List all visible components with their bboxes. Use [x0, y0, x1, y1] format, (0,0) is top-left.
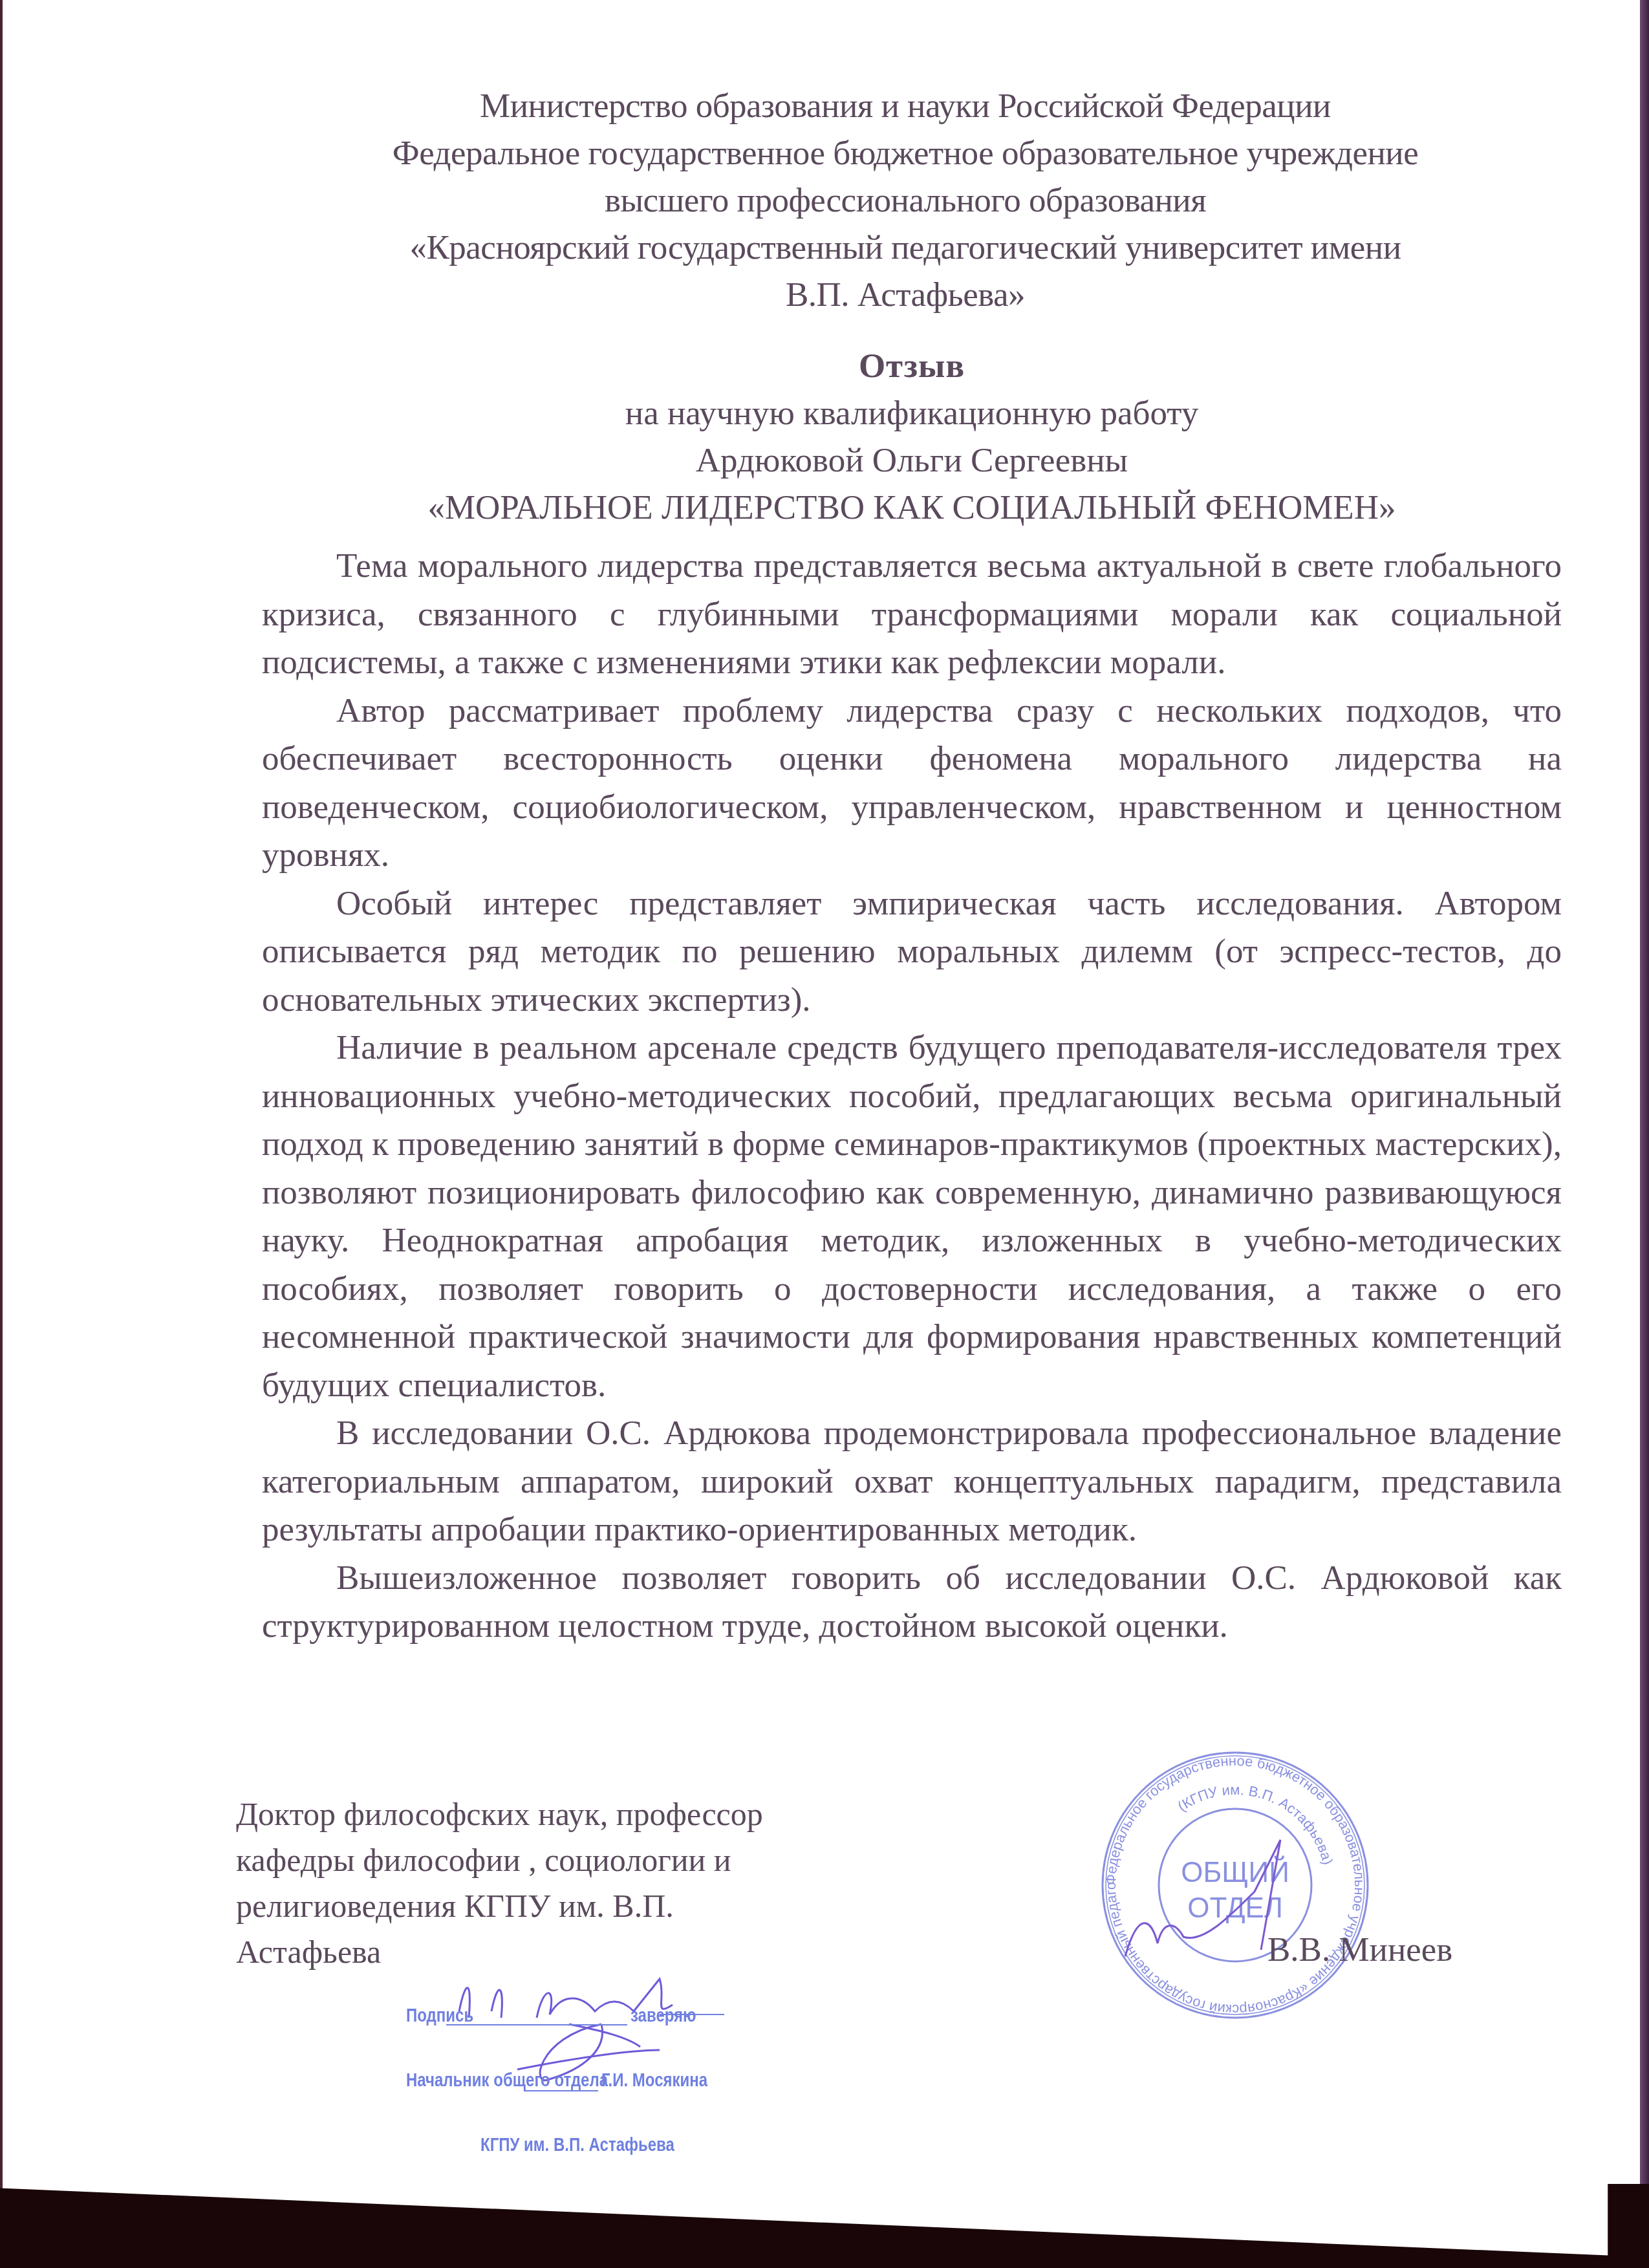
signer-name: В.В. Минеев — [1267, 1930, 1452, 1969]
scan-right-edge — [1640, 0, 1649, 2268]
paragraph: Особый интерес представляет эмпирическая… — [262, 880, 1562, 1024]
position-line: Доктор философских наук, профессор — [236, 1791, 883, 1837]
head-name: Г.И. Мосякина — [601, 2069, 707, 2091]
signature-certification: Подпись заверяю Начальник общего отдела … — [388, 1940, 1035, 2173]
header-line: В.П. Астафьева» — [323, 272, 1487, 319]
title-block: Отзыв на научную квалификационную работу… — [246, 343, 1578, 532]
paragraph: Тема морального лидерства представляется… — [262, 542, 1562, 687]
header-line: «Красноярский государственный педагогиче… — [323, 224, 1487, 272]
org-name: КГПУ им. В.П. Астафьева — [480, 2134, 674, 2156]
official-stamp-icon: Федеральное государственное бюджетное об… — [1099, 1749, 1371, 2021]
document-subtitle: на научную квалификационную работу — [246, 390, 1578, 437]
paragraph: Вышеизложенное позволяет говорить об исс… — [262, 1554, 1562, 1650]
document-body: Тема морального лидерства представляется… — [262, 542, 1562, 1650]
scan-left-edge — [0, 0, 3, 2268]
position-line: кафедры философии , социологии и — [236, 1837, 883, 1883]
paragraph: В исследовании О.С. Ардюкова продемонстр… — [262, 1409, 1562, 1554]
scan-bottom-shadow — [0, 2184, 1649, 2268]
signature-line — [446, 2024, 627, 2025]
header-line: Министерство образования и науки Российс… — [323, 83, 1487, 130]
signature-label: Подпись — [406, 2005, 473, 2027]
header-line: высшего профессионального образования — [323, 177, 1487, 224]
certify-label: заверяю — [630, 2005, 696, 2027]
paragraph: Автор рассматривает проблему лидерства с… — [262, 687, 1562, 880]
position-line: религиоведения КГПУ им. В.П. — [236, 1883, 883, 1929]
document-header: Министерство образования и науки Российс… — [323, 83, 1487, 319]
header-line: Федеральное государственное бюджетное об… — [323, 130, 1487, 177]
head-label: Начальник общего отдела — [406, 2069, 608, 2091]
document-type: Отзыв — [246, 343, 1578, 390]
paragraph: Наличие в реальном арсенале средств буду… — [262, 1024, 1562, 1409]
signature-line-ext — [660, 2014, 724, 2015]
author-name: Ардюковой Ольги Сергеевны — [246, 437, 1578, 484]
work-title: «МОРАЛЬНОЕ ЛИДЕРСТВО КАК СОЦИАЛЬНЫЙ ФЕНО… — [246, 484, 1578, 532]
head-signature-line — [524, 2090, 598, 2091]
